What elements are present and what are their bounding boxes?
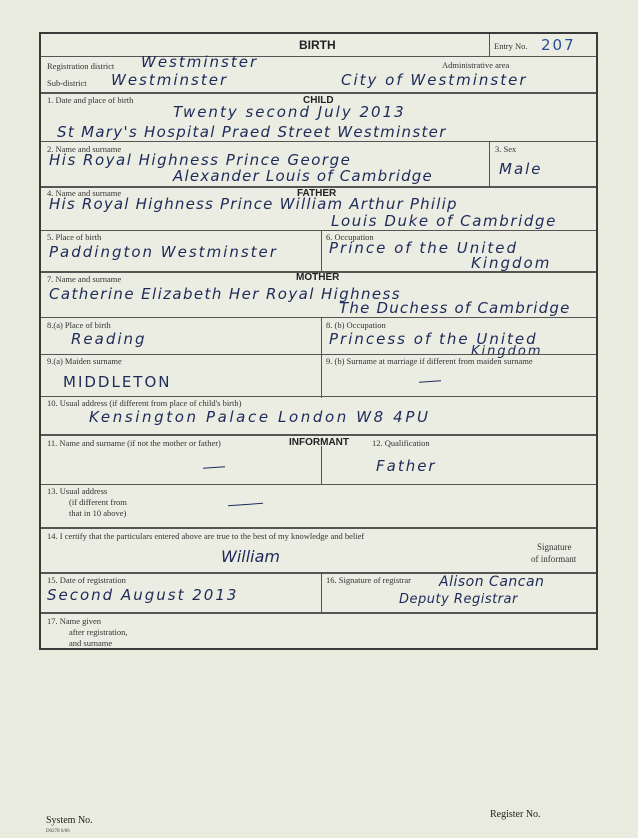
- father-occupation-line-2: Kingdom: [471, 255, 551, 271]
- divider: [41, 354, 596, 355]
- field-16-label: 16. Signature of registrar: [326, 575, 411, 585]
- qualification-value: Father: [376, 458, 437, 474]
- divider: [41, 484, 596, 485]
- sub-district-value: Westminster: [111, 72, 228, 88]
- entry-no-label: Entry No.: [494, 41, 528, 51]
- registrar-signature: Alison Cancan: [439, 574, 544, 590]
- registrar-title: Deputy Registrar: [399, 592, 518, 608]
- sex-value: Male: [499, 161, 543, 177]
- field-17-label: 17. Name given: [47, 616, 101, 626]
- field-13-label: 13. Usual address: [47, 486, 107, 496]
- registration-district-label: Registration district: [47, 61, 114, 71]
- administrative-area-value: City of Westminster: [341, 72, 528, 88]
- mother-place-of-birth-value: Reading: [71, 331, 147, 347]
- divider: [321, 230, 322, 271]
- divider: [41, 141, 596, 142]
- child-name-line-2: Alexander Louis of Cambridge: [173, 168, 433, 184]
- field-9b-label: 9. (b) Surname at marriage if different …: [326, 356, 533, 366]
- administrative-area-label: Administrative area: [442, 60, 509, 70]
- divider: [41, 92, 596, 94]
- field-17-label-line-2: after registration,: [69, 627, 128, 637]
- field-12-label: 12. Qualification: [372, 438, 430, 448]
- field-7-label: 7. Name and surname: [47, 274, 121, 284]
- field-13-label-line-2: (if different from: [69, 497, 127, 507]
- maiden-surname-value: MIDDLETON: [63, 374, 172, 390]
- signature-label: Signature: [537, 542, 572, 552]
- registration-district-value: Westminster: [141, 54, 258, 70]
- field-1-label: 1. Date and place of birth: [47, 95, 133, 105]
- surname-at-marriage-dash: [419, 380, 441, 383]
- signature-label-line-2: of informant: [531, 554, 576, 564]
- registration-date-value: Second August 2013: [47, 587, 238, 603]
- divider: [41, 612, 596, 614]
- divider: [41, 56, 596, 57]
- divider: [321, 572, 322, 612]
- birth-register-form: BIRTH Entry No. 207 Registration distric…: [39, 32, 598, 650]
- entry-no-value: 207: [541, 37, 576, 53]
- field-17-label-line-3: and surname: [69, 638, 112, 648]
- field-14-label: 14. I certify that the particulars enter…: [47, 531, 364, 541]
- divider: [41, 396, 596, 397]
- informant-signature: William: [221, 549, 280, 565]
- field-3-label: 3. Sex: [495, 144, 516, 154]
- usual-address-value: Kensington Palace London W8 4PU: [89, 409, 431, 425]
- divider: [489, 34, 490, 56]
- system-no-label: System No.: [46, 815, 93, 826]
- divider: [41, 317, 596, 318]
- field-15-label: 15. Date of registration: [47, 575, 126, 585]
- divider: [489, 141, 490, 186]
- informant-name-dash: [203, 466, 225, 469]
- place-of-birth-value: St Mary's Hospital Praed Street Westmins…: [57, 124, 447, 140]
- section-informant: INFORMANT: [289, 437, 349, 448]
- divider: [321, 317, 322, 398]
- register-no-label: Register No.: [490, 809, 541, 820]
- field-5-label: 5. Place of birth: [47, 232, 101, 242]
- field-11-label: 11. Name and surname (if not the mother …: [47, 438, 221, 448]
- informant-address-dash: [228, 503, 263, 506]
- field-8a-label: 8.(a) Place of birth: [47, 320, 111, 330]
- divider: [321, 446, 322, 484]
- field-13-label-line-3: that in 10 above): [69, 508, 126, 518]
- divider: [41, 230, 596, 231]
- date-of-birth-value: Twenty second July 2013: [173, 104, 406, 120]
- father-place-of-birth-value: Paddington Westminster: [49, 244, 278, 260]
- child-name-line-1: His Royal Highness Prince George: [49, 152, 351, 168]
- father-name-line-2: Louis Duke of Cambridge: [331, 213, 557, 229]
- field-10-label: 10. Usual address (if different from pla…: [47, 398, 241, 408]
- section-mother: MOTHER: [296, 272, 339, 283]
- mother-name-line-2: The Duchess of Cambridge: [339, 300, 571, 316]
- divider: [41, 434, 596, 436]
- field-8b-label: 8. (b) Occupation: [326, 320, 386, 330]
- sub-district-label: Sub-district: [47, 78, 87, 88]
- form-title: BIRTH: [299, 38, 336, 52]
- field-9a-label: 9.(a) Maiden surname: [47, 356, 122, 366]
- father-name-line-1: His Royal Highness Prince William Arthur…: [49, 196, 458, 212]
- divider: [41, 527, 596, 529]
- form-code: D0278 6/06: [46, 829, 70, 834]
